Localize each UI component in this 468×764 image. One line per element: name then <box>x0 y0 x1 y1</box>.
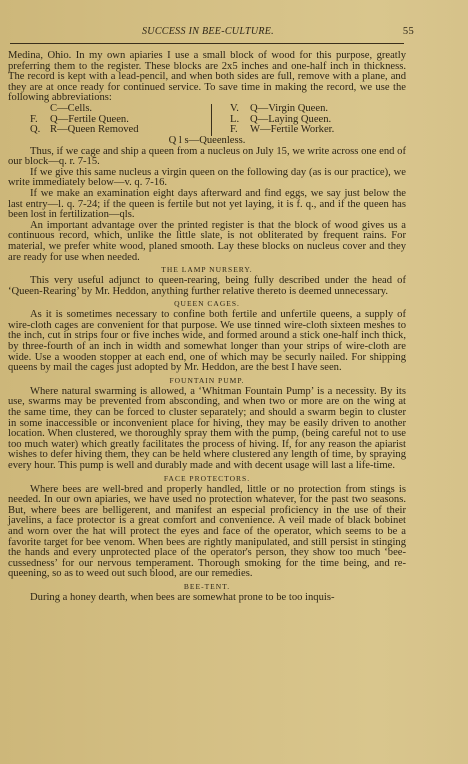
abbreviation-value: W—Fertile Worker. <box>250 124 334 135</box>
running-head: SUCCESS IN BEE-CULTURE. 55 <box>8 26 408 40</box>
paragraph: During a honey dearth, when bees are som… <box>8 593 406 604</box>
paragraph: As it is sometimes necessary to confine … <box>8 310 406 374</box>
section-heading-lamp-nursery: THE LAMP NURSERY. <box>8 264 406 275</box>
paragraph: If we make an examination eight days aft… <box>8 189 406 221</box>
abbreviation-queenless: Q l s—Queenless. <box>8 136 406 147</box>
page-body: Medina, Ohio. In my own apiaries I use a… <box>8 51 406 604</box>
section-heading-fountain-pump: FOUNTAIN PUMP. <box>8 375 406 386</box>
header-rule <box>10 43 404 44</box>
abbreviation-divider <box>211 104 212 136</box>
abbreviation-value: Q—Fertile Queen. <box>50 114 129 125</box>
section-heading-queen-cages: QUEEN CAGES. <box>8 298 406 309</box>
abbreviation-key: F. <box>230 125 250 136</box>
page-number: 55 <box>403 26 414 37</box>
paragraph: Where natural swarming is allowed, a ‘Wh… <box>8 387 406 472</box>
paragraph: Where bees are well-bred and properly ha… <box>8 485 406 580</box>
abbreviation-key: Q. <box>30 125 50 136</box>
paragraph: If we give this same nucleus a virgin qu… <box>8 168 406 189</box>
abbreviation-value: Q—Virgin Queen. <box>250 103 328 114</box>
running-title: SUCCESS IN BEE-CULTURE. <box>8 26 408 37</box>
abbreviation-column-right: V.Q—Virgin Queen. L.Q—Laying Queen. F.W—… <box>230 104 334 136</box>
abbreviation-table: C—Cells. F.Q—Fertile Queen. Q.R—Queen Re… <box>8 104 406 136</box>
paragraph: This very useful adjunct to queen-rearin… <box>8 276 406 297</box>
section-heading-face-protectors: FACE PROTECTORS. <box>8 473 406 484</box>
abbreviation-value: C—Cells. <box>50 103 92 114</box>
intro-paragraph: Medina, Ohio. In my own apiaries I use a… <box>8 51 406 104</box>
paragraph: An important advantage over the printed … <box>8 221 406 263</box>
section-heading-bee-tent: BEE-TENT. <box>8 581 406 592</box>
abbreviation-value: Q—Laying Queen. <box>250 114 331 125</box>
abbreviation-key: V. <box>230 104 250 115</box>
abbreviation-row: Q.R—Queen Removed <box>30 125 139 136</box>
abbreviation-column-left: C—Cells. F.Q—Fertile Queen. Q.R—Queen Re… <box>30 104 139 136</box>
abbreviation-value: R—Queen Removed <box>50 124 139 135</box>
paragraph: Thus, if we cage and ship a queen from a… <box>8 147 406 168</box>
abbreviation-row: F.W—Fertile Worker. <box>230 125 334 136</box>
